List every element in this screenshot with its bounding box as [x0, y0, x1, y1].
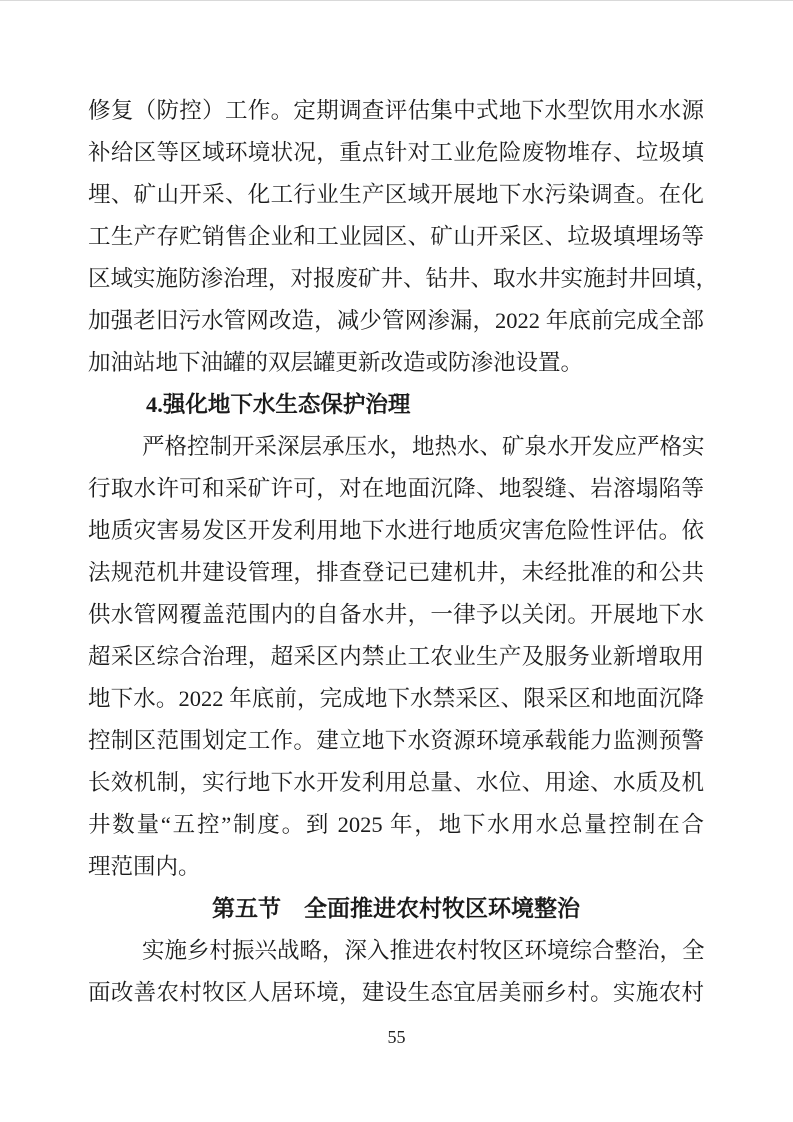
page-number: 55	[0, 1025, 793, 1049]
section-heading: 第五节 全面推进农村牧区环境整治	[88, 888, 704, 930]
body-line: 超采区综合治理，超采区内禁止工农业生产及服务业新增取用	[88, 636, 704, 678]
body-line: 修复（防控）工作。定期调查评估集中式地下水型饮用水水源	[88, 90, 704, 132]
body-line: 地下水。2022 年底前，完成地下水禁采区、限采区和地面沉降	[88, 678, 704, 720]
body-line: 行取水许可和采矿许可，对在地面沉降、地裂缝、岩溶塌陷等	[88, 468, 704, 510]
body-line: 井数量“五控”制度。到 2025 年，地下水用水总量控制在合	[88, 804, 704, 846]
body-line: 控制区范围划定工作。建立地下水资源环境承载能力监测预警	[88, 720, 704, 762]
body-line: 补给区等区域环境状况，重点针对工业危险废物堆存、垃圾填	[88, 132, 704, 174]
body-line: 加油站地下油罐的双层罐更新改造或防渗池设置。	[88, 342, 704, 384]
body-line: 区域实施防渗治理，对报废矿井、钻井、取水井实施封井回填，	[88, 258, 704, 300]
body-line: 面改善农村牧区人居环境，建设生态宜居美丽乡村。实施农村	[88, 972, 704, 1014]
page-canvas: 修复（防控）工作。定期调查评估集中式地下水型饮用水水源 补给区等区域环境状况，重…	[0, 1, 793, 1122]
body-line: 工生产存贮销售企业和工业园区、矿山开采区、垃圾填埋场等	[88, 216, 704, 258]
document-page: { "theme": { "background": "#ffffff", "t…	[0, 0, 793, 1122]
body-line: 法规范机井建设管理，排查登记已建机井，未经批准的和公共	[88, 552, 704, 594]
body-line: 理范围内。	[88, 846, 704, 888]
body-line: 长效机制，实行地下水开发利用总量、水位、用途、水质及机	[88, 762, 704, 804]
text-block: 修复（防控）工作。定期调查评估集中式地下水型饮用水水源 补给区等区域环境状况，重…	[88, 90, 704, 1014]
body-line: 供水管网覆盖范围内的自备水井，一律予以关闭。开展地下水	[88, 594, 704, 636]
body-line: 实施乡村振兴战略，深入推进农村牧区环境综合整治，全	[88, 930, 704, 972]
subsection-heading: 4.强化地下水生态保护治理	[88, 384, 704, 426]
body-line: 严格控制开采深层承压水，地热水、矿泉水开发应严格实	[88, 426, 704, 468]
body-line: 埋、矿山开采、化工行业生产区域开展地下水污染调查。在化	[88, 174, 704, 216]
body-line: 加强老旧污水管网改造，减少管网渗漏，2022 年底前完成全部	[88, 300, 704, 342]
body-line: 地质灾害易发区开发利用地下水进行地质灾害危险性评估。依	[88, 510, 704, 552]
